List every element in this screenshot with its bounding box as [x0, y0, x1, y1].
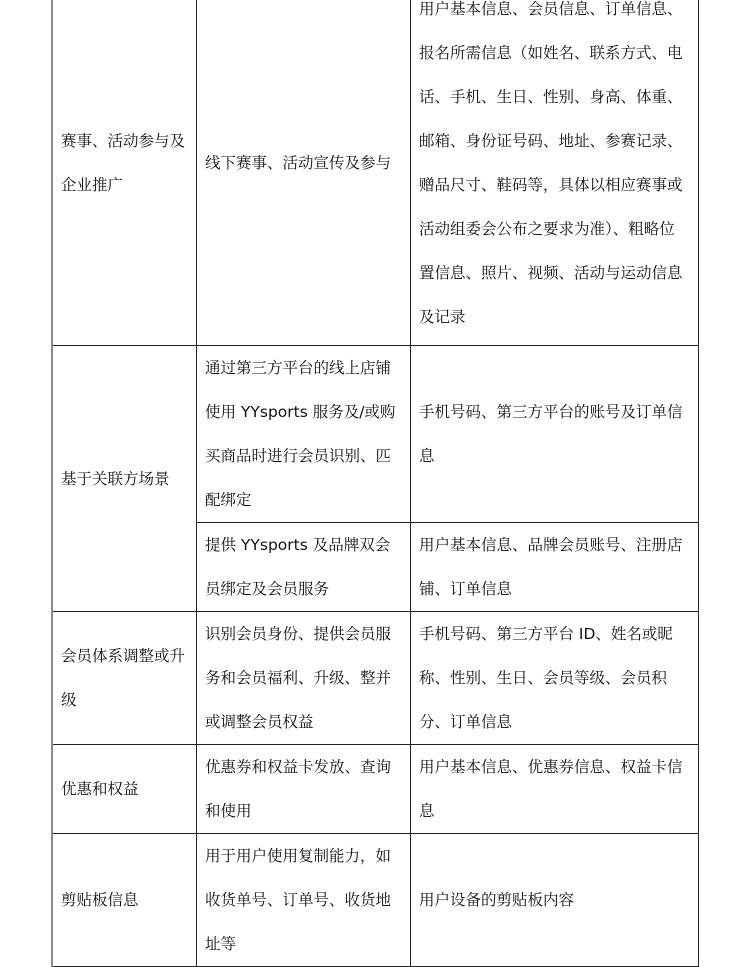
info-cell: 手机号码、第三方平台的账号及订单信息	[411, 346, 699, 523]
purpose-cell: 提供 YYsports 及品牌双会员绑定及会员服务	[197, 523, 411, 612]
scenario-cell: 赛事、活动参与及企业推广	[52, 0, 197, 346]
personal-info-table: 赛事、活动参与及企业推广 线下赛事、活动宣传及参与 用户基本信息、会员信息、订单…	[51, 0, 699, 967]
scenario-cell: 基于关联方场景	[52, 346, 197, 612]
info-cell: 手机号码、第三方平台 ID、姓名或昵称、性别、生日、会员等级、会员积分、订单信息	[411, 612, 699, 745]
scenario-cell: 优惠和权益	[52, 745, 197, 834]
purpose-cell: 识别会员身份、提供会员服务和会员福利、升级、整并或调整会员权益	[197, 612, 411, 745]
scenario-cell: 会员体系调整或升级	[52, 612, 197, 745]
table-row: 会员体系调整或升级 识别会员身份、提供会员服务和会员福利、升级、整并或调整会员权…	[52, 612, 699, 745]
table-row: 剪贴板信息 用于用户使用复制能力，如收货单号、订单号、收货地址等 用户设备的剪贴…	[52, 834, 699, 967]
purpose-cell: 用于用户使用复制能力，如收货单号、订单号、收货地址等	[197, 834, 411, 967]
purpose-cell: 优惠券和权益卡发放、查询和使用	[197, 745, 411, 834]
info-cell: 用户基本信息、品牌会员账号、注册店铺、订单信息	[411, 523, 699, 612]
table-row: 优惠和权益 优惠券和权益卡发放、查询和使用 用户基本信息、优惠券信息、权益卡信息	[52, 745, 699, 834]
table-row: 赛事、活动参与及企业推广 线下赛事、活动宣传及参与 用户基本信息、会员信息、订单…	[52, 0, 699, 346]
table-row: 基于关联方场景 通过第三方平台的线上店铺使用 YYsports 服务及/或购买商…	[52, 346, 699, 523]
info-cell: 用户设备的剪贴板内容	[411, 834, 699, 967]
info-cell: 用户基本信息、会员信息、订单信息、报名所需信息（如姓名、联系方式、电话、手机、生…	[411, 0, 699, 346]
purpose-cell: 通过第三方平台的线上店铺使用 YYsports 服务及/或购买商品时进行会员识别…	[197, 346, 411, 523]
purpose-cell: 线下赛事、活动宣传及参与	[197, 0, 411, 346]
info-cell: 用户基本信息、优惠券信息、权益卡信息	[411, 745, 699, 834]
scenario-cell: 剪贴板信息	[52, 834, 197, 967]
